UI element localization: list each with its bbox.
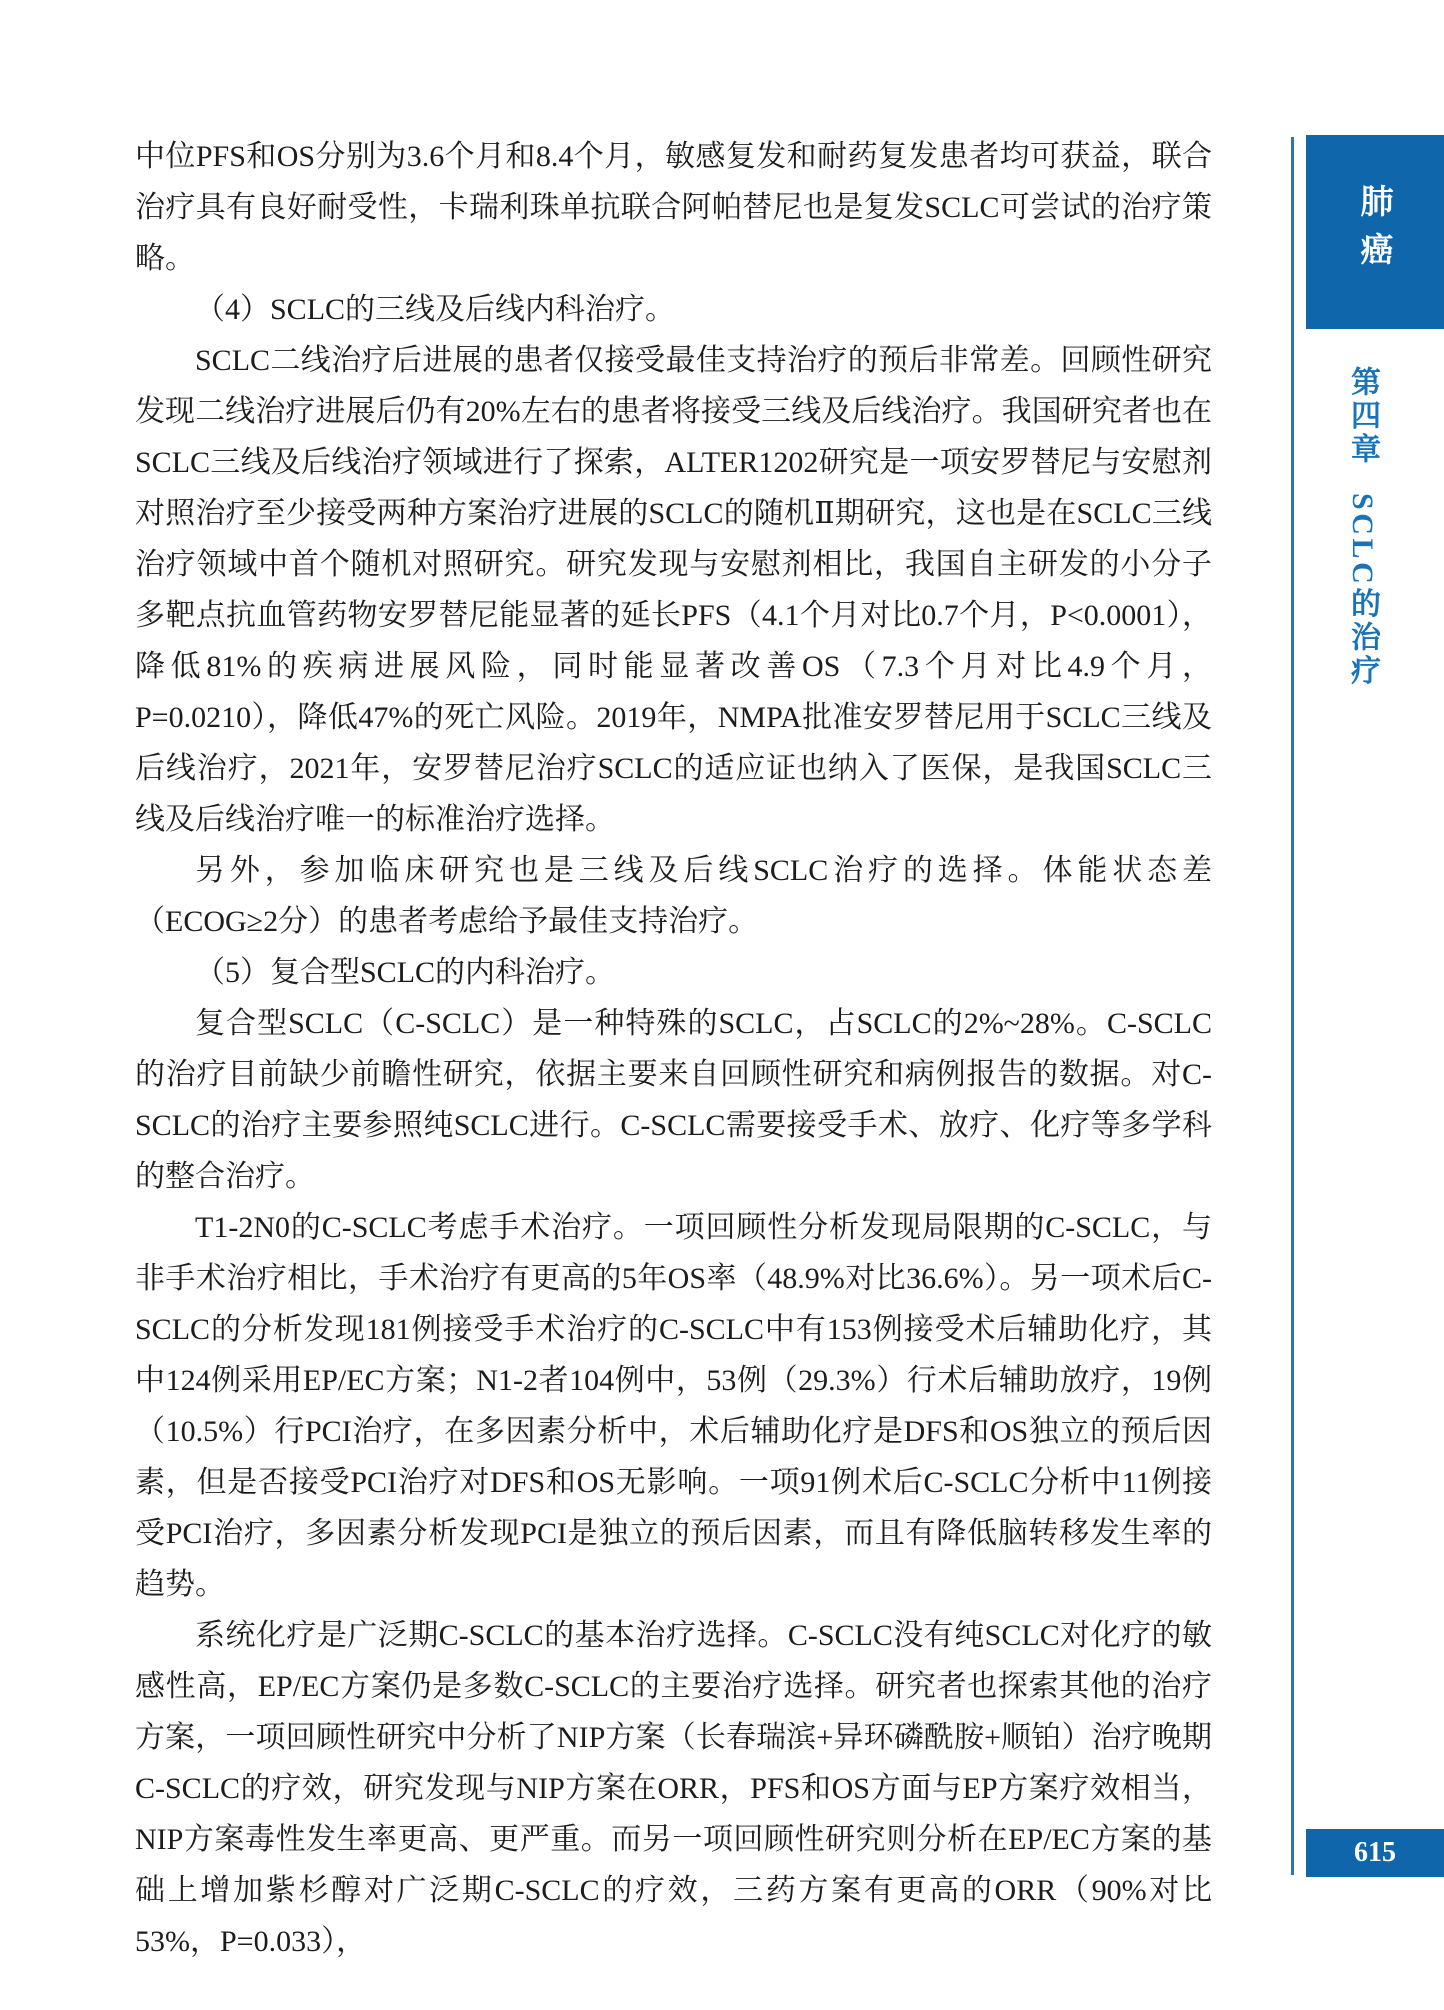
body-text-column: 中位PFS和OS分别为3.6个月和8.4个月，敏感复发和耐药复发患者均可获益，联…	[135, 131, 1212, 1967]
page-number: 615	[1354, 1837, 1396, 1869]
paragraph-continuation: 中位PFS和OS分别为3.6个月和8.4个月，敏感复发和耐药复发患者均可获益，联…	[135, 131, 1212, 284]
chapter-number: 第四章	[1346, 366, 1379, 467]
paragraph: 另外，参加临床研究也是三线及后线SCLC治疗的选择。体能状态差（ECOG≥2分）…	[135, 845, 1212, 947]
paragraph: SCLC二线治疗后进展的患者仅接受最佳支持治疗的预后非常差。回顾性研究发现二线治…	[135, 335, 1212, 845]
subsection-heading-5: （5）复合型SCLC的内科治疗。	[135, 947, 1212, 998]
section-tab-label: 肺癌	[1352, 184, 1399, 280]
page-number-badge: 615	[1306, 1829, 1444, 1877]
section-tab-badge: 肺癌	[1306, 135, 1444, 329]
margin-divider-line	[1291, 137, 1294, 1875]
chapter-heading-vertical: 第四章SCLC的治疗	[1340, 366, 1384, 688]
paragraph: 系统化疗是广泛期C-SCLC的基本治疗选择。C-SCLC没有纯SCLC对化疗的敏…	[135, 1610, 1212, 1967]
subsection-heading-4: （4）SCLC的三线及后线内科治疗。	[135, 284, 1212, 335]
paragraph: T1-2N0的C-SCLC考虑手术治疗。一项回顾性分析发现局限期的C-SCLC，…	[135, 1202, 1212, 1610]
chapter-title: SCLC的治疗	[1340, 493, 1384, 688]
book-page: 中位PFS和OS分别为3.6个月和8.4个月，敏感复发和耐药复发患者均可获益，联…	[0, 0, 1444, 2010]
paragraph: 复合型SCLC（C-SCLC）是一种特殊的SCLC，占SCLC的2%~28%。C…	[135, 998, 1212, 1202]
